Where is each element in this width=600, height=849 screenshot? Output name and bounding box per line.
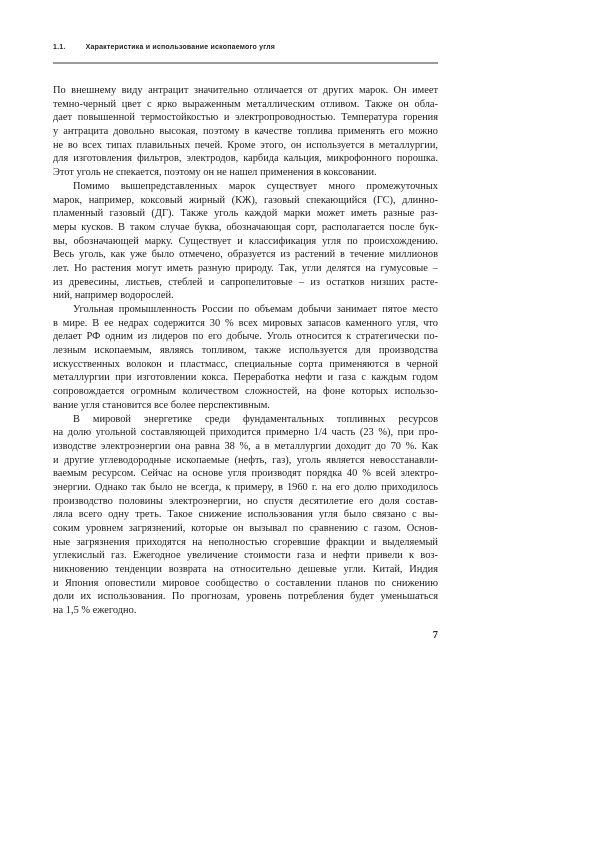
text-line: ваемым ресурсом. Сейчас на основе угля п…	[53, 467, 438, 481]
text-line: углекислый газ. Ежегодное увеличение сто…	[53, 549, 438, 563]
text-line: и Япония оповестили мировое сообщество о…	[53, 577, 438, 591]
text-line: Этот уголь не спекается, поэтому он не н…	[53, 166, 438, 180]
section-number: 1.1.	[53, 44, 65, 51]
paragraph: В мировой энергетике среди фундаментальн…	[53, 413, 438, 618]
header-rule	[53, 62, 438, 64]
text-line: изводстве электроэнергии она равна 38 %,…	[53, 440, 438, 454]
text-line: темно-черный цвет с ярко выраженным мета…	[53, 98, 438, 112]
text-line: производство половины электроэнергии, но…	[53, 495, 438, 509]
text-line: на 1,5 % ежегодно.	[53, 604, 438, 618]
text-line: марок, например, коксовый жирный (КЖ), г…	[53, 194, 438, 208]
book-page: 1.1. Характеристика и использование иско…	[0, 0, 600, 849]
paragraph: По внешнему виду антрацит значительно от…	[53, 84, 438, 180]
text-line: ний, например водорослей.	[53, 289, 438, 303]
text-line: и другие углеводородные ископаемые (нефт…	[53, 454, 438, 468]
text-line: из древесины, листьев, стеблей и сапропе…	[53, 276, 438, 290]
text-line: дает повышенной термостойкостью и электр…	[53, 111, 438, 125]
text-line: не во всех типах плавильных печей. Кроме…	[53, 139, 438, 153]
text-line: на долю угольной составляющей приходится…	[53, 426, 438, 440]
text-line: вы, обозначающей марку. Существует и кла…	[53, 235, 438, 249]
paragraph: Помимо вышепредставленных марок существу…	[53, 180, 438, 303]
text-line: Угольная промышленность России по объема…	[53, 303, 438, 317]
text-line: Помимо вышепредставленных марок существу…	[53, 180, 438, 194]
page-number: 7	[53, 630, 438, 641]
text-line: металлургии при изготовлении кокса. Пере…	[53, 371, 438, 385]
text-line: По внешнему виду антрацит значительно от…	[53, 84, 438, 98]
body-text: По внешнему виду антрацит значительно от…	[53, 84, 438, 618]
text-line: никновению тенденции возврата на относит…	[53, 563, 438, 577]
text-line: пламенный газовый (ДГ). Также уголь кажд…	[53, 207, 438, 221]
text-line: В мировой энергетике среди фундаментальн…	[53, 413, 438, 427]
text-line: лет. Но растения могут иметь разную прир…	[53, 262, 438, 276]
text-line: доли их использования. По прогнозам, уро…	[53, 590, 438, 604]
text-line: ляла всего одну треть. Такое снижение ис…	[53, 508, 438, 522]
running-head: 1.1. Характеристика и использование иско…	[53, 44, 438, 51]
text-line: сопровождается огромным количеством слож…	[53, 385, 438, 399]
text-line: у антрацита довольно высокая, поэтому в …	[53, 125, 438, 139]
text-line: делает РФ одним из лидеров по его добыче…	[53, 330, 438, 344]
text-line: меры кусков. В таком случае буква, обозн…	[53, 221, 438, 235]
text-line: в мире. В ее недрах содержится 30 % всех…	[53, 317, 438, 331]
text-line: вание угля становится все более перспект…	[53, 399, 438, 413]
text-line: Весь уголь, как уже было отмечено, образ…	[53, 248, 438, 262]
text-line: искусственных волокон и пластмасс, специ…	[53, 358, 438, 372]
text-line: лезным ископаемым, являясь топливом, так…	[53, 344, 438, 358]
text-line: соким уровнем загрязнений, которые он вы…	[53, 522, 438, 536]
text-line: энергии. Однако так было не всегда, к пр…	[53, 481, 438, 495]
text-line: ные загрязнения приходятся на неполность…	[53, 536, 438, 550]
section-title: Характеристика и использование ископаемо…	[86, 44, 275, 51]
paragraph: Угольная промышленность России по объема…	[53, 303, 438, 413]
text-line: для изготовления фильтров, электродов, к…	[53, 152, 438, 166]
